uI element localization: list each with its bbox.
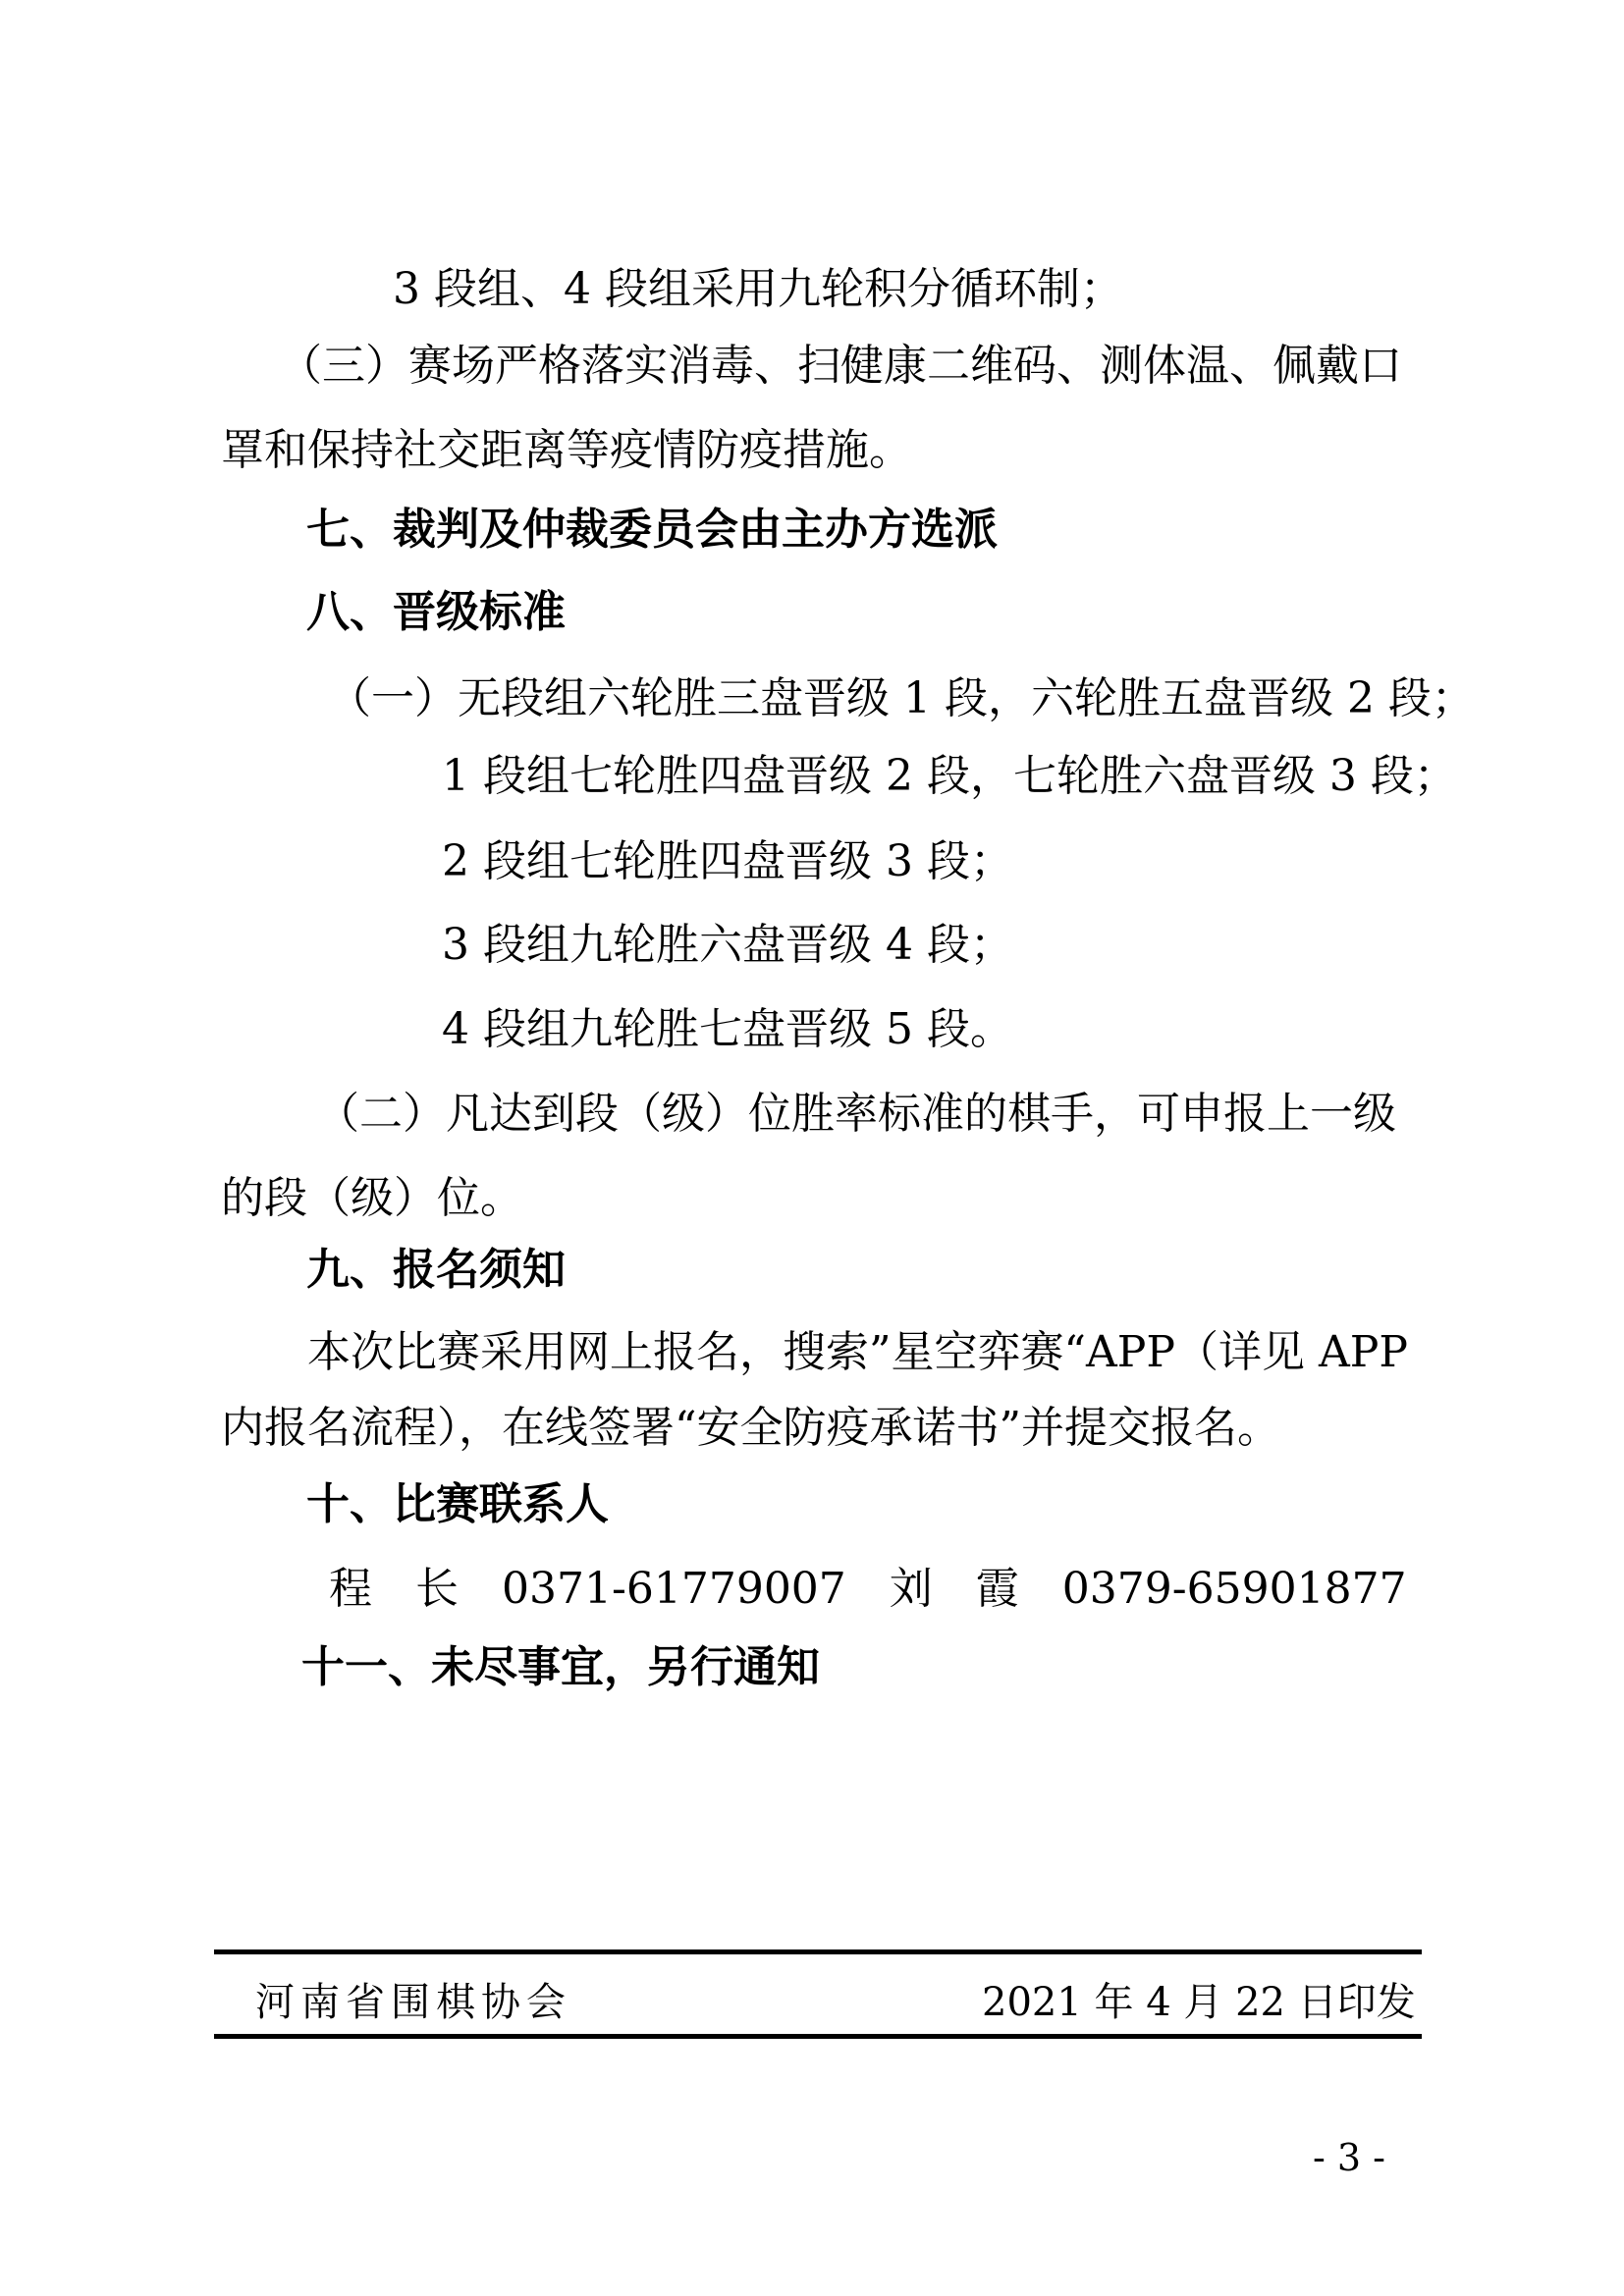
doc-heading-section-9: 九、报名须知 (306, 1247, 566, 1294)
doc-line: 罩和保持社交距离等疫情防疫措施。 (221, 427, 912, 474)
doc-heading-section-7: 七、裁判及仲裁委员会由主办方选派 (306, 507, 998, 554)
doc-line: （二）凡达到段（级）位胜率标准的棋手，可申报上一级 (316, 1091, 1396, 1138)
doc-line: 3 段组、4 段组采用九轮积分循环制； (393, 266, 1123, 313)
doc-line: 内报名流程），在线签署“安全防疫承诺书”并提交报名。 (221, 1405, 1280, 1452)
doc-line: 3 段组九轮胜六盘晋级 4 段； (442, 922, 1013, 969)
page-number: - 3 - (1313, 2136, 1385, 2179)
doc-heading-section-11: 十一、未尽事宜，另行通知 (301, 1644, 820, 1691)
doc-line: 4 段组九轮胜七盘晋级 5 段。 (442, 1006, 1013, 1053)
doc-line: 2 段组七轮胜四盘晋级 3 段； (442, 838, 1013, 885)
doc-heading-section-8: 八、晋级标准 (306, 589, 566, 636)
footer-rule-top (214, 1949, 1422, 1954)
doc-heading-section-10: 十、比赛联系人 (306, 1481, 609, 1528)
doc-line: （三）赛场严格落实消毒、扫健康二维码、测体温、佩戴口 (279, 343, 1402, 390)
doc-line: 1 段组七轮胜四盘晋级 2 段，七轮胜六盘晋级 3 段； (442, 753, 1457, 800)
doc-line: 本次比赛采用网上报名，搜索”星空弈赛“APP（详见 APP (307, 1329, 1408, 1376)
doc-line: （一）无段组六轮胜三盘晋级 1 段，六轮胜五盘晋级 2 段； (328, 675, 1475, 722)
doc-line: 的段（级）位。 (221, 1175, 523, 1222)
footer-issuer: 河南省围棋协会 (255, 1981, 571, 2024)
doc-line-contacts: 程 长 0371-61779007 刘 霞 0379-65901877 (329, 1566, 1407, 1613)
document-page: 3 段组、4 段组采用九轮积分循环制； （三）赛场严格落实消毒、扫健康二维码、测… (0, 0, 1624, 2296)
footer-rule-bottom (214, 2034, 1422, 2039)
footer-date: 2021 年 4 月 22 日印发 (982, 1981, 1416, 2024)
